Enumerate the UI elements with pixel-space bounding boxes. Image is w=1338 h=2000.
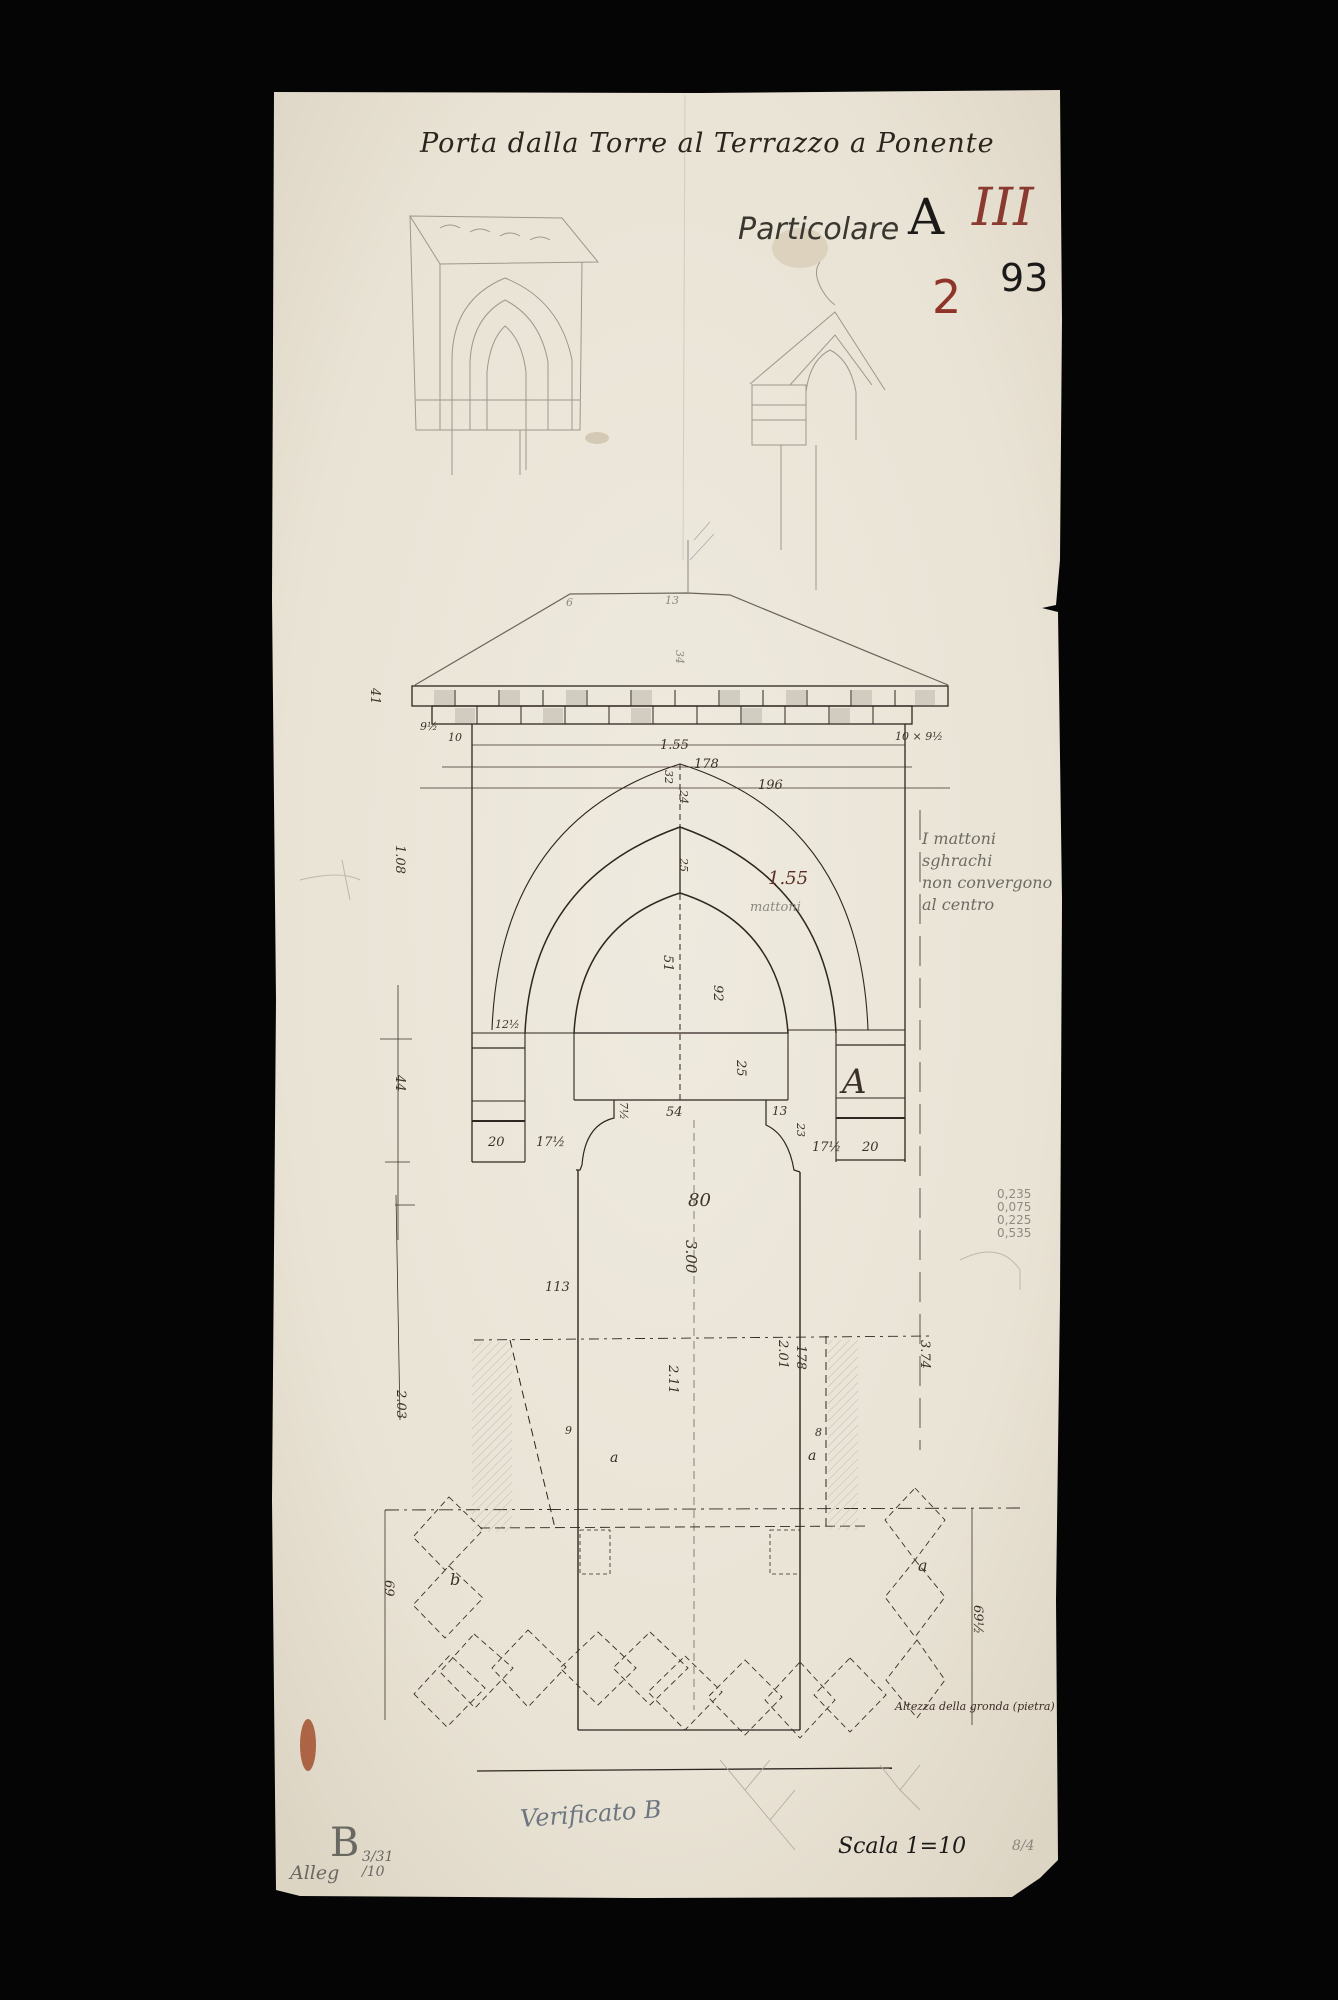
dim-left-203: 2.03 <box>393 1390 408 1419</box>
dim-base-69: 69 <box>381 1580 396 1597</box>
drawing-title: Porta dalla Torre al Terrazzo a Ponente <box>420 128 995 159</box>
dim-overhang-left: 9½ <box>420 720 438 733</box>
bottom-right-mark: 8/4 <box>1012 1838 1035 1854</box>
dim-right-374: 3.74 <box>917 1340 932 1369</box>
dim-arch-note: mattoni <box>750 900 801 915</box>
dim-height-211: 2.11 <box>665 1365 680 1394</box>
dim-inner-51: 51 <box>660 955 675 972</box>
dim-arch-24: 24 <box>677 790 690 804</box>
dim-opening-54: 54 <box>666 1105 683 1120</box>
dim-left-44: 44 <box>392 1075 407 1092</box>
step-label-a-left: a <box>610 1450 618 1466</box>
scale-label: Scala 1=10 <box>838 1834 966 1859</box>
dim-lintel-25: 25 <box>733 1060 748 1077</box>
bottom-left-mark: B <box>330 1820 359 1866</box>
drawing-sheet <box>0 0 1338 2000</box>
hatch-left <box>472 1342 512 1532</box>
dim-roof-right: 13 <box>665 594 679 607</box>
dim-jamb-12half: 12½ <box>495 1018 520 1031</box>
catalog-letter: A <box>908 188 944 246</box>
dim-height-201: 2.01 <box>775 1340 790 1369</box>
dim-arch-radius: 1.55 <box>768 868 808 889</box>
stain <box>300 1719 316 1771</box>
hatch-right <box>828 1340 858 1530</box>
ground-line-label: Altezza della gronda (pietra) <box>895 1700 1055 1713</box>
margin-note: I mattoni sghrachi non convergono al cen… <box>922 828 1052 916</box>
dim-height-178: 178 <box>793 1345 808 1370</box>
dim-step-8: 8 <box>815 1426 822 1439</box>
dim-door-width: 80 <box>688 1190 711 1211</box>
dim-width-178: 178 <box>694 757 719 772</box>
dim-left-108: 1.08 <box>392 845 407 874</box>
bottom-left-fraction: 3/31 /10 <box>362 1850 393 1880</box>
dim-pier-20-right: 20 <box>862 1140 879 1155</box>
dim-roof-rise: 34 <box>673 650 686 664</box>
dim-pier-17half-right: 17½ <box>812 1140 841 1155</box>
catalog-red-number: 2 <box>932 270 961 324</box>
dim-step-113: 113 <box>545 1280 570 1295</box>
dim-overhang-inner-left: 10 <box>448 731 462 744</box>
dim-width-196: 196 <box>758 778 783 793</box>
dim-base-69half: 69½ <box>970 1605 985 1634</box>
subtitle-particolare: Particolare <box>738 212 899 247</box>
dim-corbel-23: 23 <box>794 1123 807 1137</box>
dim-step-9: 9 <box>565 1424 572 1437</box>
paving-label-a: a <box>918 1556 928 1575</box>
paving-label-b: b <box>450 1570 460 1589</box>
dim-corbel-13: 13 <box>772 1104 787 1118</box>
dim-pier-20-left: 20 <box>488 1135 505 1150</box>
dim-overhang-right: 10 × 9½ <box>895 730 943 743</box>
dim-width-155: 1.55 <box>660 738 689 753</box>
pencil-calculation: 0,235 0,075 0,225 0,535 <box>997 1188 1031 1240</box>
paper-sheet <box>272 90 1062 1898</box>
catalog-sheet-number: 93 <box>1000 256 1048 300</box>
dim-roof-left: 6 <box>566 596 573 609</box>
bottom-left-signature: Alleg <box>290 1862 339 1884</box>
step-label-a: a <box>808 1448 816 1464</box>
dim-pier-17half-left: 17½ <box>536 1135 565 1150</box>
dim-door-height: 3.00 <box>682 1240 700 1273</box>
dim-corbel-7half: 7½ <box>617 1102 630 1120</box>
catalog-roman-numeral: III <box>972 178 1034 238</box>
dim-arch-32: 32 <box>662 770 675 784</box>
dim-inner-92: 92 <box>710 985 725 1002</box>
dim-arch-25: 25 <box>677 858 690 872</box>
dim-cornice-height: 41 <box>367 688 382 705</box>
impost-label-a: A <box>842 1062 867 1102</box>
